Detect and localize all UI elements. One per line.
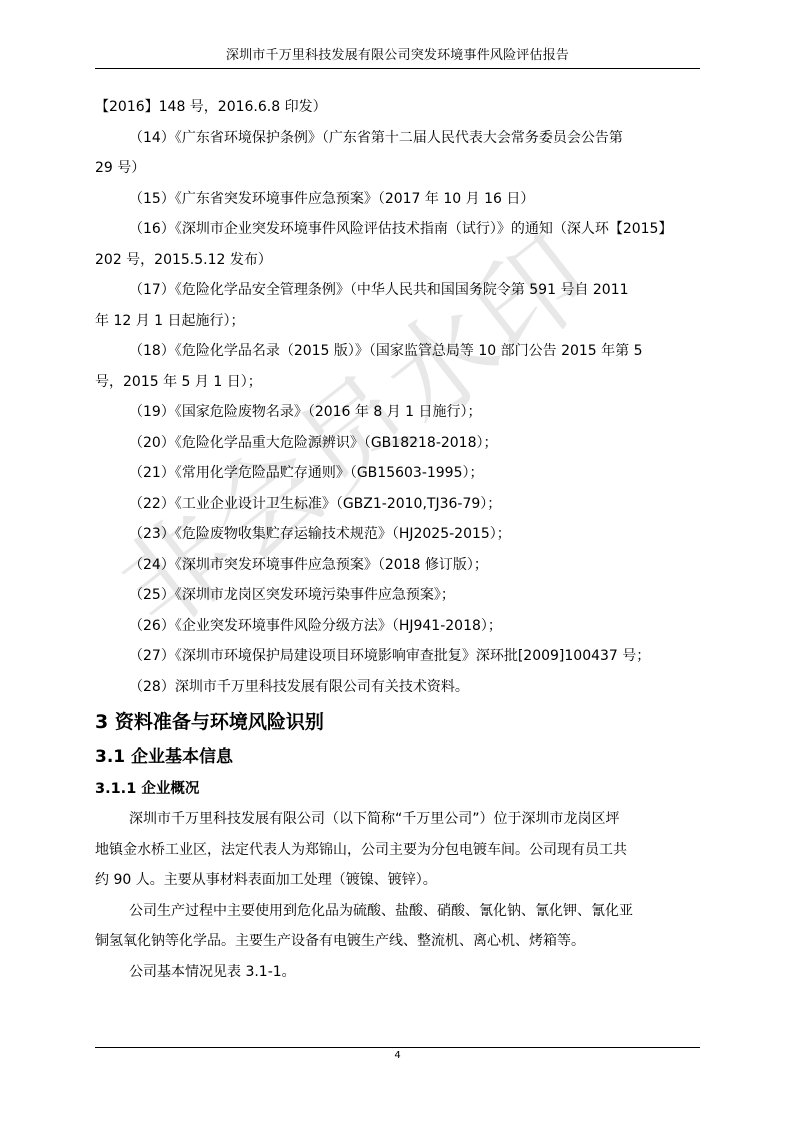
page-body: 【2016】148 号，2016.6.8 印发） （14）《广东省环境保护条例》… <box>95 92 700 987</box>
reference-item: （17）《危险化学品安全管理条例》（中华人民共和国国务院令第 591 号自 20… <box>95 275 700 306</box>
reference-item: （21）《常用化学危险品贮存通则》（GB15603-1995）； <box>95 458 700 489</box>
reference-item-continuation: 29 号） <box>95 153 700 184</box>
reference-item: （28）深圳市千万里科技发展有限公司有关技术资料。 <box>95 672 700 703</box>
reference-item: （15）《广东省突发环境事件应急预案》（2017 年 10 月 16 日） <box>95 184 700 215</box>
reference-item: （24）《深圳市突发环境事件应急预案》（2018 修订版）； <box>95 550 700 581</box>
page-number: 4 <box>95 1050 700 1061</box>
paragraph-company-overview: 深圳市千万里科技发展有限公司（以下简称“千万里公司”）位于深圳市龙岗区坪 地镇金… <box>95 804 700 896</box>
reference-item: （22）《工业企业设计卫生标准》（GBZ1-2010,TJ36-79）； <box>95 489 700 520</box>
reference-item: （27）《深圳市环境保护局建设项目环境影响审查批复》深环批[2009]10043… <box>95 641 700 672</box>
reference-item: （25）《深圳市龙岗区突发环境污染事件应急预案》； <box>95 580 700 611</box>
reference-item-continuation: 202 号，2015.5.12 发布） <box>95 245 700 276</box>
reference-item: （26）《企业突发环境事件风险分级方法》（HJ941-2018）； <box>95 611 700 642</box>
reference-list: （14）《广东省环境保护条例》（广东省第十二届人民代表大会常务委员会公告第 29… <box>95 123 700 703</box>
reference-item: （19）《国家危险废物名录》（2016 年 8 月 1 日施行）； <box>95 397 700 428</box>
reference-item: （23）《危险废物收集贮存运输技术规范》（HJ2025-2015）； <box>95 519 700 550</box>
header-divider <box>95 68 700 69</box>
reference-continued-line: 【2016】148 号，2016.6.8 印发） <box>95 92 700 123</box>
reference-item-continuation: 年 12 月 1 日起施行）； <box>95 306 700 337</box>
paragraph-table-reference: 公司基本情况见表 3.1-1。 <box>95 957 700 988</box>
heading-section-3-1: 3.1 企业基本信息 <box>95 740 700 774</box>
reference-item-continuation: 号，2015 年 5 月 1 日）； <box>95 367 700 398</box>
heading-chapter-3: 3 资料准备与环境风险识别 <box>95 704 700 740</box>
paragraph-hazardous-chemicals: 公司生产过程中主要使用到危化品为硫酸、盐酸、硝酸、氰化钠、氰化钾、氰化亚 铜氢氧… <box>95 896 700 957</box>
document-page: 深圳市千万里科技发展有限公司突发环境事件风险评估报告 【2016】148 号，2… <box>0 0 793 1122</box>
footer-divider <box>95 1047 700 1048</box>
heading-section-3-1-1: 3.1.1 企业概况 <box>95 774 700 804</box>
reference-item: （20）《危险化学品重大危险源辨识》（GB18218-2018）； <box>95 428 700 459</box>
reference-item: （16）《深圳市企业突发环境事件风险评估技术指南（试行）》的通知（深人环【201… <box>95 214 700 245</box>
reference-item: （14）《广东省环境保护条例》（广东省第十二届人民代表大会常务委员会公告第 <box>95 123 700 154</box>
running-header: 深圳市千万里科技发展有限公司突发环境事件风险评估报告 <box>95 47 700 65</box>
reference-item: （18）《危险化学品名录（2015 版）》（国家监管总局等 10 部门公告 20… <box>95 336 700 367</box>
